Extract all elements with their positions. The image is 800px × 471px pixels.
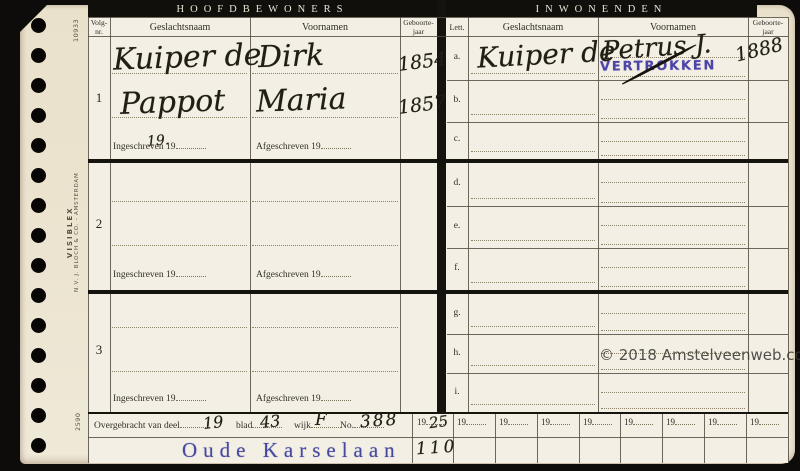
grid-line [468, 17, 469, 412]
grid-line [447, 206, 788, 207]
right-table-title: INWONENDEN [446, 0, 757, 17]
punch-hole [31, 228, 46, 243]
handwritten-house-number: 110 [415, 437, 458, 460]
dotted-line [471, 151, 595, 152]
dotted-line [601, 225, 745, 226]
handwritten-no: 388 [359, 410, 399, 433]
grid-line [110, 17, 111, 412]
year-cell-printed: 19 [457, 417, 486, 427]
grid-line [447, 122, 788, 123]
dotted-line [112, 245, 247, 246]
dotted-line [252, 201, 398, 202]
grid-line [400, 17, 401, 412]
punch-hole [31, 408, 46, 423]
grid-line [250, 17, 251, 412]
handwritten-year-25: 25 [428, 412, 449, 432]
dotted-line [601, 244, 745, 245]
dotted-line [252, 371, 398, 372]
column-header-volgnr: Volg- nr. [88, 19, 110, 36]
dotted-line [252, 245, 398, 246]
block-divider [88, 159, 788, 163]
dotted-line [601, 369, 745, 370]
dotted-line [601, 313, 745, 314]
block-number: 2 [88, 216, 110, 232]
year-cell-printed: 19 [583, 417, 612, 427]
block-number: 3 [88, 342, 110, 358]
row-letter: h. [447, 348, 467, 358]
dotted-line [601, 155, 745, 156]
transfer-label-no: No. [340, 421, 354, 431]
punch-hole [31, 108, 46, 123]
card-serial-bottom: 2590 [74, 412, 82, 431]
column-header-firstnames: Voornamen [250, 22, 400, 33]
dotted-line [601, 182, 745, 183]
year-cell-printed: 19 [708, 417, 737, 427]
block-number: 1 [88, 90, 110, 106]
afgeschreven-label: Afgeschreven 19 [256, 270, 351, 280]
dotted-line [471, 326, 595, 327]
dotted-line [601, 118, 745, 119]
year-cell-printed: 19 [666, 417, 695, 427]
year-cell-printed: 19 [541, 417, 570, 427]
dotted-line [112, 201, 247, 202]
vertrokken-stamp: VERTROKKEN [600, 58, 716, 74]
dotted-line [601, 202, 745, 203]
punch-hole [31, 318, 46, 333]
left-table-title: HOOFDBEWONERS [88, 0, 437, 17]
grid-line [88, 17, 89, 463]
grid-line [447, 248, 788, 249]
year-cell-printed: 19 [499, 417, 528, 427]
register-card-scan: 10933 VISIBLEX N.V. J. BLOCH & CO. - AMS… [0, 0, 800, 471]
column-header-surname: Geslachtsnaam [110, 22, 250, 33]
grid-line [788, 17, 789, 463]
handwritten-deel: 19 [202, 412, 224, 433]
row-letter: d. [447, 178, 467, 188]
grid-line [447, 334, 788, 335]
dotted-line [601, 408, 745, 409]
punch-hole [31, 48, 46, 63]
year-cell-printed: 19 [624, 417, 653, 427]
punch-hole [31, 168, 46, 183]
printer-name: N.V. J. BLOCH & CO. - AMSTERDAM [74, 172, 80, 292]
punch-hole [31, 288, 46, 303]
punch-hole [31, 348, 46, 363]
grid-line [88, 17, 788, 18]
row-letter: f. [447, 263, 467, 273]
column-header-birthyear: Geboorte- jaar [399, 19, 438, 36]
dotted-line [112, 327, 247, 328]
grid-line [447, 80, 788, 81]
printer-imprint: VISIBLEX N.V. J. BLOCH & CO. - AMSTERDAM [66, 172, 80, 292]
dotted-line [601, 286, 745, 287]
dotted-line [601, 76, 745, 77]
transfer-label-deel: Overgebracht van deel [94, 421, 210, 431]
afgeschreven-label: Afgeschreven 19 [256, 394, 351, 404]
punch-hole [31, 198, 46, 213]
row-letter: a. [447, 52, 467, 62]
row-letter: c. [447, 134, 467, 144]
handwritten-firstnames: Maria [255, 81, 347, 119]
handwritten-blad: 43 [259, 411, 281, 432]
dotted-line [601, 330, 745, 331]
punch-hole [31, 258, 46, 273]
block-divider [88, 290, 788, 294]
row-letter: g. [447, 308, 467, 318]
punch-hole [31, 138, 46, 153]
row-letter: b. [447, 95, 467, 105]
column-header-surname: Geslachtsnaam [468, 22, 598, 33]
punch-hole [31, 18, 46, 33]
handwritten-surname: Kuiper de [112, 37, 262, 77]
row-letter: e. [447, 221, 467, 231]
grid-line [447, 373, 788, 374]
ingeschreven-label: Ingeschreven 19 [113, 394, 206, 404]
ingeschreven-label: Ingeschreven 19 [113, 142, 206, 152]
handwritten-firstnames: Dirk [257, 38, 324, 75]
dotted-line [601, 392, 745, 393]
dotted-line [471, 240, 595, 241]
dotted-line [601, 267, 745, 268]
dotted-line [471, 114, 595, 115]
punch-hole [31, 378, 46, 393]
handwritten-wijk: F [315, 410, 327, 430]
dotted-line [601, 99, 745, 100]
printer-brand: VISIBLEX [66, 172, 74, 292]
street-name-stamp: Oude Karselaan [182, 438, 401, 463]
year-cell-printed: 19 [750, 417, 779, 427]
card-serial-top: 10933 [72, 19, 80, 42]
dotted-line [471, 365, 595, 366]
punch-hole [31, 438, 46, 453]
ingeschreven-label: Ingeschreven 19 [113, 270, 206, 280]
row-letter: i. [447, 387, 467, 397]
column-header-birthyear: Geboorte- jaar [747, 19, 789, 36]
dotted-line [471, 282, 595, 283]
dotted-line [252, 327, 398, 328]
dotted-line [112, 371, 247, 372]
column-header-lett: Lett. [446, 23, 468, 32]
dotted-line [601, 141, 745, 142]
handwritten-surname: Pappot [119, 83, 225, 122]
afgeschreven-label: Afgeschreven 19 [256, 142, 351, 152]
dotted-line [471, 198, 595, 199]
dotted-line [471, 404, 595, 405]
copyright-watermark: © 2018 Amstelveenweb.com [599, 346, 800, 364]
punch-hole [31, 78, 46, 93]
